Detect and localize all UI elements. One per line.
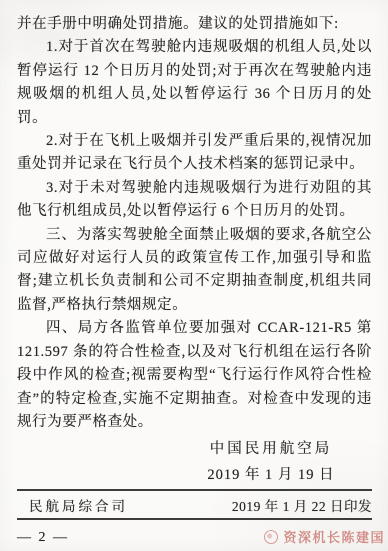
signature-date: 2019 年 1 月 19 日 [178,463,364,489]
paragraph-section-4: 四、局方各监管单位要加强对 CCAR-121-R5 第 121.597 条的符合… [17,317,372,434]
paragraph-section-3: 三、为落实驾驶舱全面禁止吸烟的要求,各航空公司应做好对运行人员的政策宣传工作,加… [17,224,372,318]
watermark-logo-icon [264,529,280,545]
paragraph-item-3: 3.对于未对驾驶舱内违规吸烟行为进行劝阻的其他飞行机组成员,处以暂停运行 6 个… [17,177,372,224]
footer-divider-top [17,489,372,491]
page-number: — 2 — [17,530,69,546]
document-page: 并在手册中明确处罚措施。建议的处罚措施如下: 1.对于首次在驾驶舱内违规吸烟的机… [0,0,388,551]
footer-row: 民航局综合司 2019 年 1 月 22 日印发 [17,497,372,517]
signature-block: 中国民用航空局 2019 年 1 月 19 日 [178,437,364,488]
document-body: 并在手册中明确处罚措施。建议的处罚措施如下: 1.对于首次在驾驶舱内违规吸烟的机… [17,13,372,434]
footer-divider-bottom [17,518,372,520]
watermark-text: 资深机长陈建国 [283,527,385,546]
signature-organization: 中国民用航空局 [178,437,364,463]
paragraph-item-1: 1.对于首次在驾驶舱内违规吸烟的机组人员,处以暂停运行 12 个日历月的处罚;对… [17,36,372,130]
paragraph-item-2: 2.对于在飞机上吸烟并引发严重后果的,视情况加重处罚并记录在飞行员个人技术档案的… [17,130,372,177]
footer-print-date: 2019 年 1 月 22 日印发 [232,497,372,517]
watermark: 资深机长陈建国 [264,527,385,546]
paragraph-continuation: 并在手册中明确处罚措施。建议的处罚措施如下: [17,13,372,36]
footer-issuing-office: 民航局综合司 [17,497,128,517]
